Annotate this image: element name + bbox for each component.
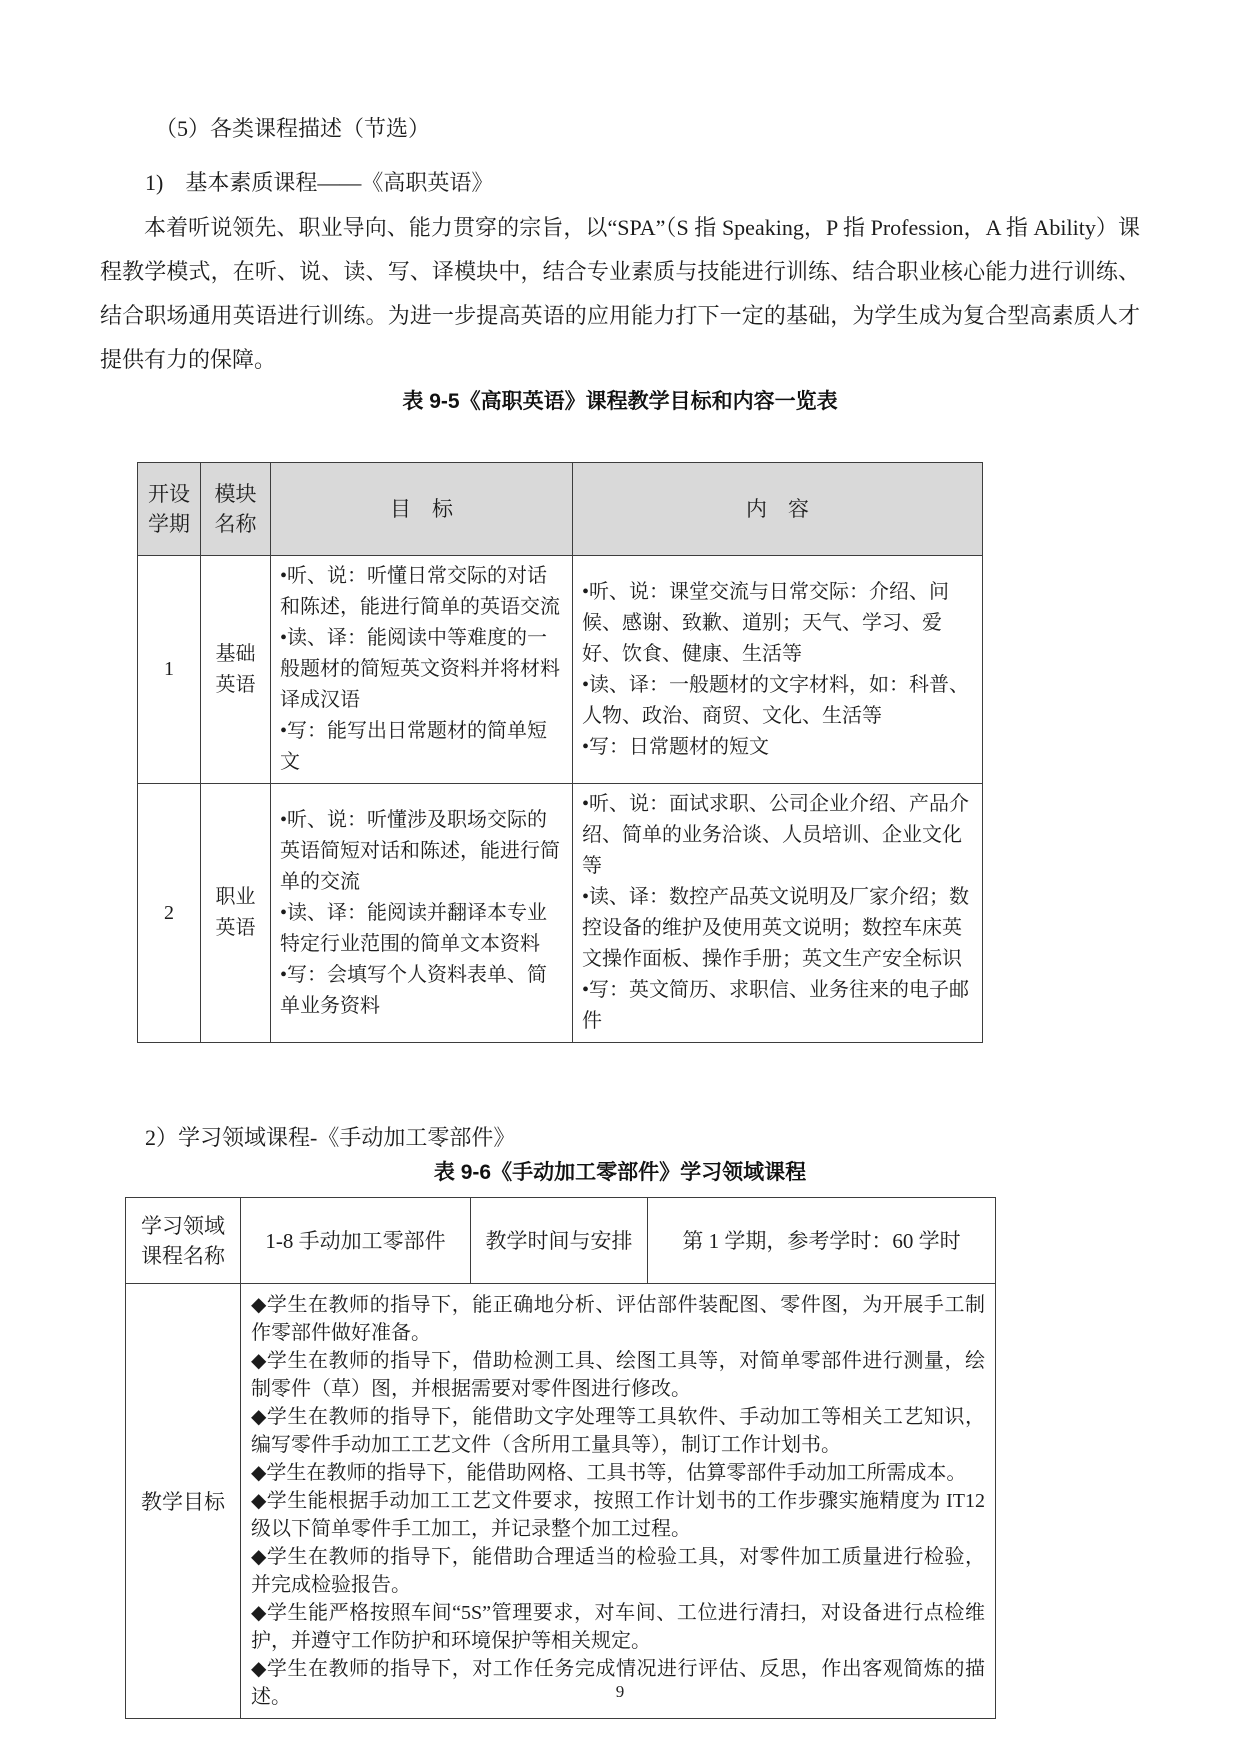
table-9-6: 学习领域课程名称 1-8 手动加工零部件 教学时间与安排 第 1 学期，参考学时… (125, 1197, 996, 1719)
subsection-heading-english-course: 1) 基本素质课程——《高职英语》 (145, 168, 1140, 198)
section-heading: （5）各类课程描述（节选） (155, 114, 1140, 144)
table2-caption: 表 9-6《手动加工零部件》学习领域课程 (100, 1159, 1140, 1187)
page-number: 9 (0, 1682, 1240, 1702)
table-9-5: 开设学期 模块名称 目 标 内 容 1 基础英语 •听、说：听懂日常交际的对话和… (137, 462, 983, 1043)
content-item: •读、译：一般题材的文字材料，如：科普、人物、政治、商贸、文化、生活等 (582, 670, 973, 732)
objective-item: ◆学生在教师的指导下，能借助文字处理等工具软件、手动加工等相关工艺知识，编写零件… (251, 1403, 985, 1459)
content-item: •读、译：数控产品英文说明及厂家介绍；数控设备的维护及使用英文说明；数控车床英文… (582, 882, 973, 975)
page-content: （5）各类课程描述（节选） 1) 基本素质课程——《高职英语》 本着听说领先、职… (0, 0, 1240, 1719)
objective-item: ◆学生在教师的指导下，能借助网格、工具书等，估算零部件手动加工所需成本。 (251, 1459, 985, 1487)
table1-header-row: 开设学期 模块名称 目 标 内 容 (138, 463, 983, 556)
table2-course-name-label: 学习领域课程名称 (126, 1198, 241, 1284)
table2-objectives-label: 教学目标 (126, 1284, 241, 1719)
objective-item: ◆学生在教师的指导下，能正确地分析、评估部件装配图、零件图，为开展手工制作零部件… (251, 1291, 985, 1347)
objective-item: ◆学生在教师的指导下，借助检测工具、绘图工具等，对简单零部件进行测量，绘制零件（… (251, 1347, 985, 1403)
table1-row2-content: •听、说：面试求职、公司企业介绍、产品介绍、简单的业务洽谈、人员培训、企业文化等… (573, 784, 983, 1043)
target-item: •写：能写出日常题材的简单短文 (280, 716, 563, 778)
table2-objectives-row: 教学目标 ◆学生在教师的指导下，能正确地分析、评估部件装配图、零件图，为开展手工… (126, 1284, 996, 1719)
target-item: •听、说：听懂日常交际的对话和陈述，能进行简单的英语交流 (280, 561, 563, 623)
table-row: 2 职业英语 •听、说：听懂涉及职场交际的英语简短对话和陈述，能进行简单的交流 … (138, 784, 983, 1043)
table1-caption: 表 9-5《高职英语》课程教学目标和内容一览表 (100, 388, 1140, 416)
table-row: 1 基础英语 •听、说：听懂日常交际的对话和陈述，能进行简单的英语交流 •读、译… (138, 556, 983, 784)
table1-row1-module: 基础英语 (201, 556, 271, 784)
table2-schedule-label: 教学时间与安排 (471, 1198, 648, 1284)
objective-item: ◆学生在教师的指导下，能借助合理适当的检验工具，对零件加工质量进行检验，并完成检… (251, 1543, 985, 1599)
content-item: •写：英文简历、求职信、业务往来的电子邮件 (582, 975, 973, 1037)
subsection-heading-manual-machining: 2）学习领域课程-《手动加工零部件》 (145, 1123, 1140, 1153)
table2-objectives-cell: ◆学生在教师的指导下，能正确地分析、评估部件装配图、零件图，为开展手工制作零部件… (241, 1284, 996, 1719)
table1-row1-target: •听、说：听懂日常交际的对话和陈述，能进行简单的英语交流 •读、译：能阅读中等难… (271, 556, 573, 784)
table2-schedule-value: 第 1 学期，参考学时：60 学时 (648, 1198, 996, 1284)
table1-row2-semester: 2 (138, 784, 201, 1043)
content-item: •写：日常题材的短文 (582, 732, 973, 763)
table1-header-target: 目 标 (271, 463, 573, 556)
target-item: •读、译：能阅读并翻译本专业特定行业范围的简单文本资料 (280, 898, 563, 960)
table2-header-row: 学习领域课程名称 1-8 手动加工零部件 教学时间与安排 第 1 学期，参考学时… (126, 1198, 996, 1284)
target-item: •读、译：能阅读中等难度的一般题材的简短英文资料并将材料译成汉语 (280, 623, 563, 716)
table1-row1-content: •听、说：课堂交流与日常交际：介绍、问候、感谢、致歉、道别；天气、学习、爱好、饮… (573, 556, 983, 784)
document-page: （5）各类课程描述（节选） 1) 基本素质课程——《高职英语》 本着听说领先、职… (0, 0, 1240, 1754)
target-item: •写：会填写个人资料表单、简单业务资料 (280, 960, 563, 1022)
table1-header-module: 模块名称 (201, 463, 271, 556)
table1-row1-semester: 1 (138, 556, 201, 784)
objective-item: ◆学生能严格按照车间“5S”管理要求，对车间、工位进行清扫，对设备进行点检维护，… (251, 1599, 985, 1655)
target-item: •听、说：听懂涉及职场交际的英语简短对话和陈述，能进行简单的交流 (280, 805, 563, 898)
table1-header-semester: 开设学期 (138, 463, 201, 556)
table1-header-content: 内 容 (573, 463, 983, 556)
intro-paragraph: 本着听说领先、职业导向、能力贯穿的宗旨，以“SPA”（S 指 Speaking，… (100, 206, 1140, 382)
table1-row2-target: •听、说：听懂涉及职场交际的英语简短对话和陈述，能进行简单的交流 •读、译：能阅… (271, 784, 573, 1043)
table2-course-name-value: 1-8 手动加工零部件 (241, 1198, 471, 1284)
table1-row2-module: 职业英语 (201, 784, 271, 1043)
objective-item: ◆学生能根据手动加工工艺文件要求，按照工作计划书的工作步骤实施精度为 IT12 … (251, 1487, 985, 1543)
content-item: •听、说：面试求职、公司企业介绍、产品介绍、简单的业务洽谈、人员培训、企业文化等 (582, 789, 973, 882)
content-item: •听、说：课堂交流与日常交际：介绍、问候、感谢、致歉、道别；天气、学习、爱好、饮… (582, 577, 973, 670)
